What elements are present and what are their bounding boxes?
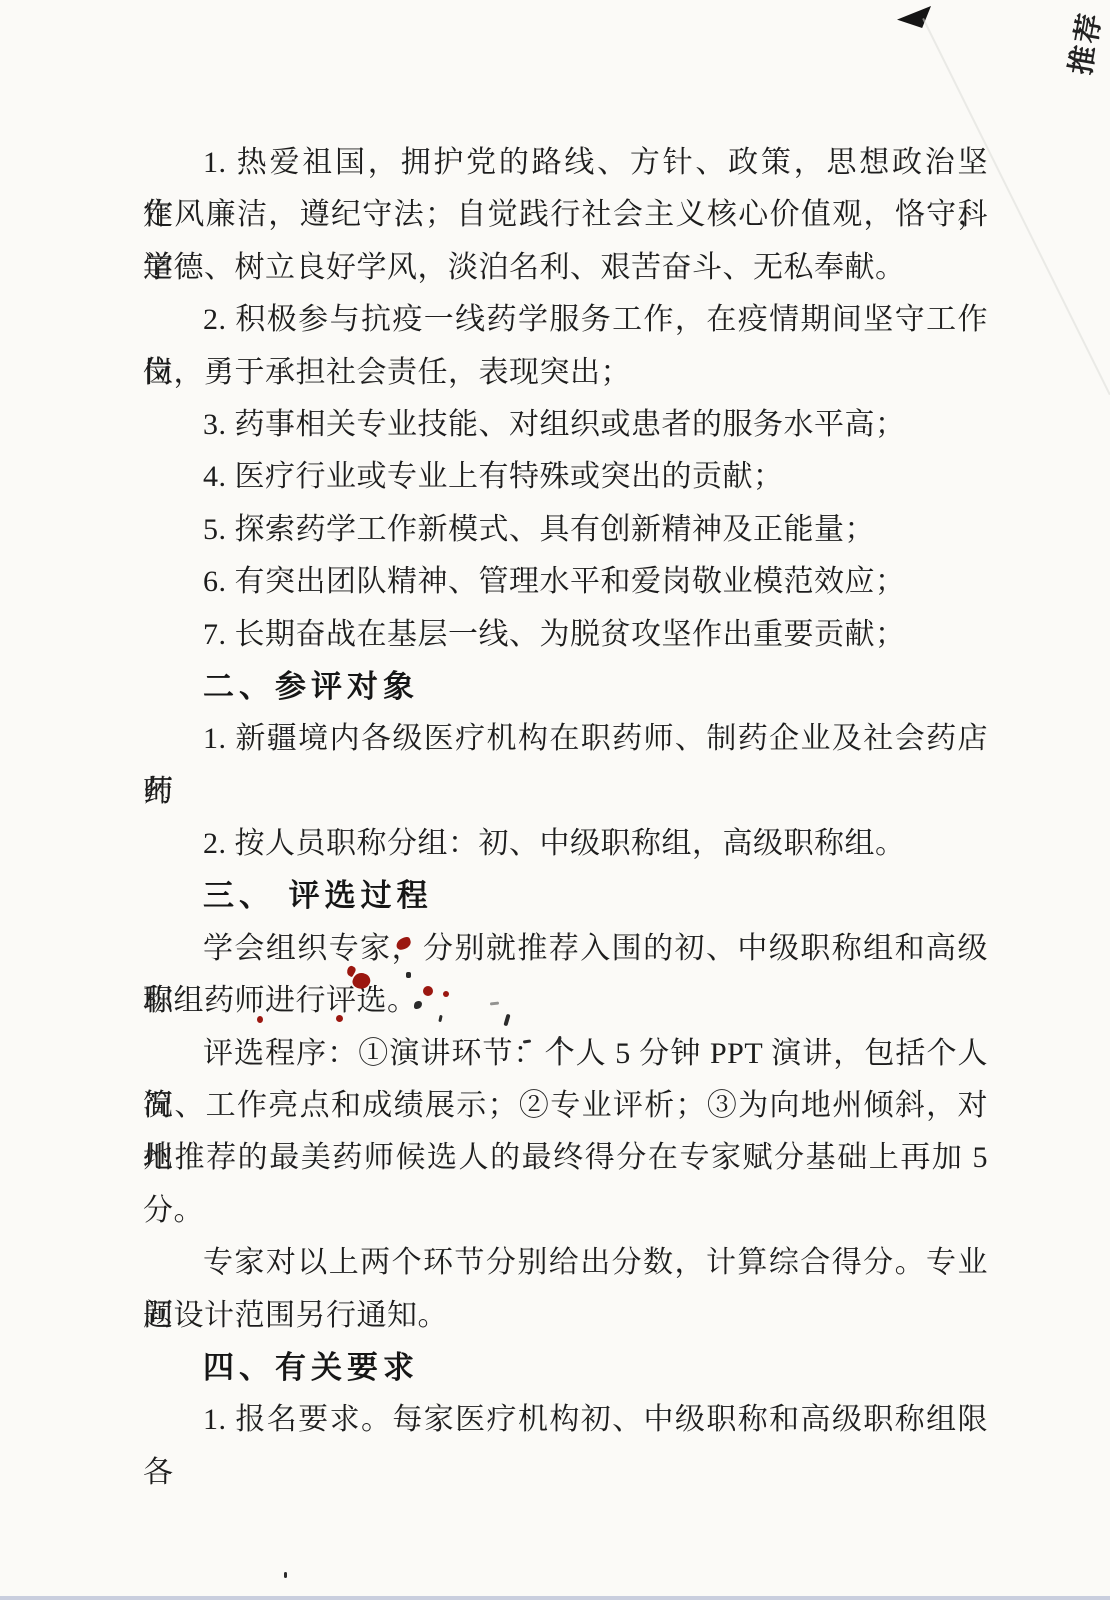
text-line: 6. 有突出团队精神、管理水平和爱岗敬业模范效应；	[143, 556, 988, 608]
scan-edge-shadow	[0, 1596, 1110, 1600]
text-line: 2. 积极参与抗疫一线药学服务工作，在疫情期间坚守工作岗	[143, 294, 988, 346]
red-ink-stain	[257, 1016, 263, 1023]
section-heading: 四、有关要求	[143, 1342, 988, 1394]
text-line: 位，勇于承担社会责任，表现突出；	[143, 347, 988, 399]
text-line: 道德、树立良好学风，淡泊名利、艰苦奋斗、无私奉献。	[143, 242, 988, 294]
text-line: 4. 医疗行业或专业上有特殊或突出的贡献；	[143, 451, 988, 503]
text-line: 专家对以上两个环节分别给出分数，计算综合得分。专业问	[143, 1237, 988, 1289]
red-ink-stain	[443, 991, 449, 997]
text-line: 评选程序：①演讲环节：个人 5 分钟 PPT 演讲，包括个人简	[143, 1028, 988, 1080]
section-heading: 三、 评选过程	[143, 870, 988, 922]
section-heading: 二、参评对象	[143, 661, 988, 713]
text-line: 7. 长期奋战在基层一线、为脱贫攻坚作出重要贡献；	[143, 609, 988, 661]
text-line: 题设计范围另行通知。	[143, 1290, 988, 1342]
text-line: 况、工作亮点和成绩展示；②专业评析；③为向地州倾斜，对地	[143, 1080, 988, 1132]
ink-speck	[406, 972, 411, 978]
text-line: 称组药师进行评选。	[143, 975, 988, 1027]
text-line: 5. 探索药学工作新模式、具有创新精神及正能量；	[143, 504, 988, 556]
document-body: 1. 热爱祖国，拥护党的路线、方针、政策，思想政治坚定，作风廉洁，遵纪守法；自觉…	[143, 137, 988, 1447]
text-line: 师	[143, 766, 988, 818]
red-ink-stain	[423, 986, 433, 996]
corner-annotation: 推荐	[1058, 3, 1110, 81]
text-line: 2. 按人员职称分组：初、中级职称组，高级职称组。	[143, 818, 988, 870]
scanned-document-page: { "document": { "corner_label": "推荐", "l…	[0, 0, 1110, 1600]
text-line: 分。	[143, 1185, 988, 1237]
text-line: 1. 新疆境内各级医疗机构在职药师、制药企业及社会药店药	[143, 713, 988, 765]
text-line: 1. 报名要求。每家医疗机构初、中级职称和高级职称组限各	[143, 1394, 988, 1446]
text-line: 1. 热爱祖国，拥护党的路线、方针、政策，思想政治坚定，	[143, 137, 988, 189]
text-line: 3. 药事相关专业技能、对组织或患者的服务水平高；	[143, 399, 988, 451]
ink-speck	[284, 1572, 287, 1578]
text-line: 学会组织专家，分别就推荐入围的初、中级职称组和高级职	[143, 923, 988, 975]
text-line: 作风廉洁，遵纪守法；自觉践行社会主义核心价值观，恪守科学	[143, 189, 988, 241]
red-ink-stain	[336, 1015, 343, 1022]
text-line: 州推荐的最美药师候选人的最终得分在专家赋分基础上再加 5	[143, 1132, 988, 1184]
